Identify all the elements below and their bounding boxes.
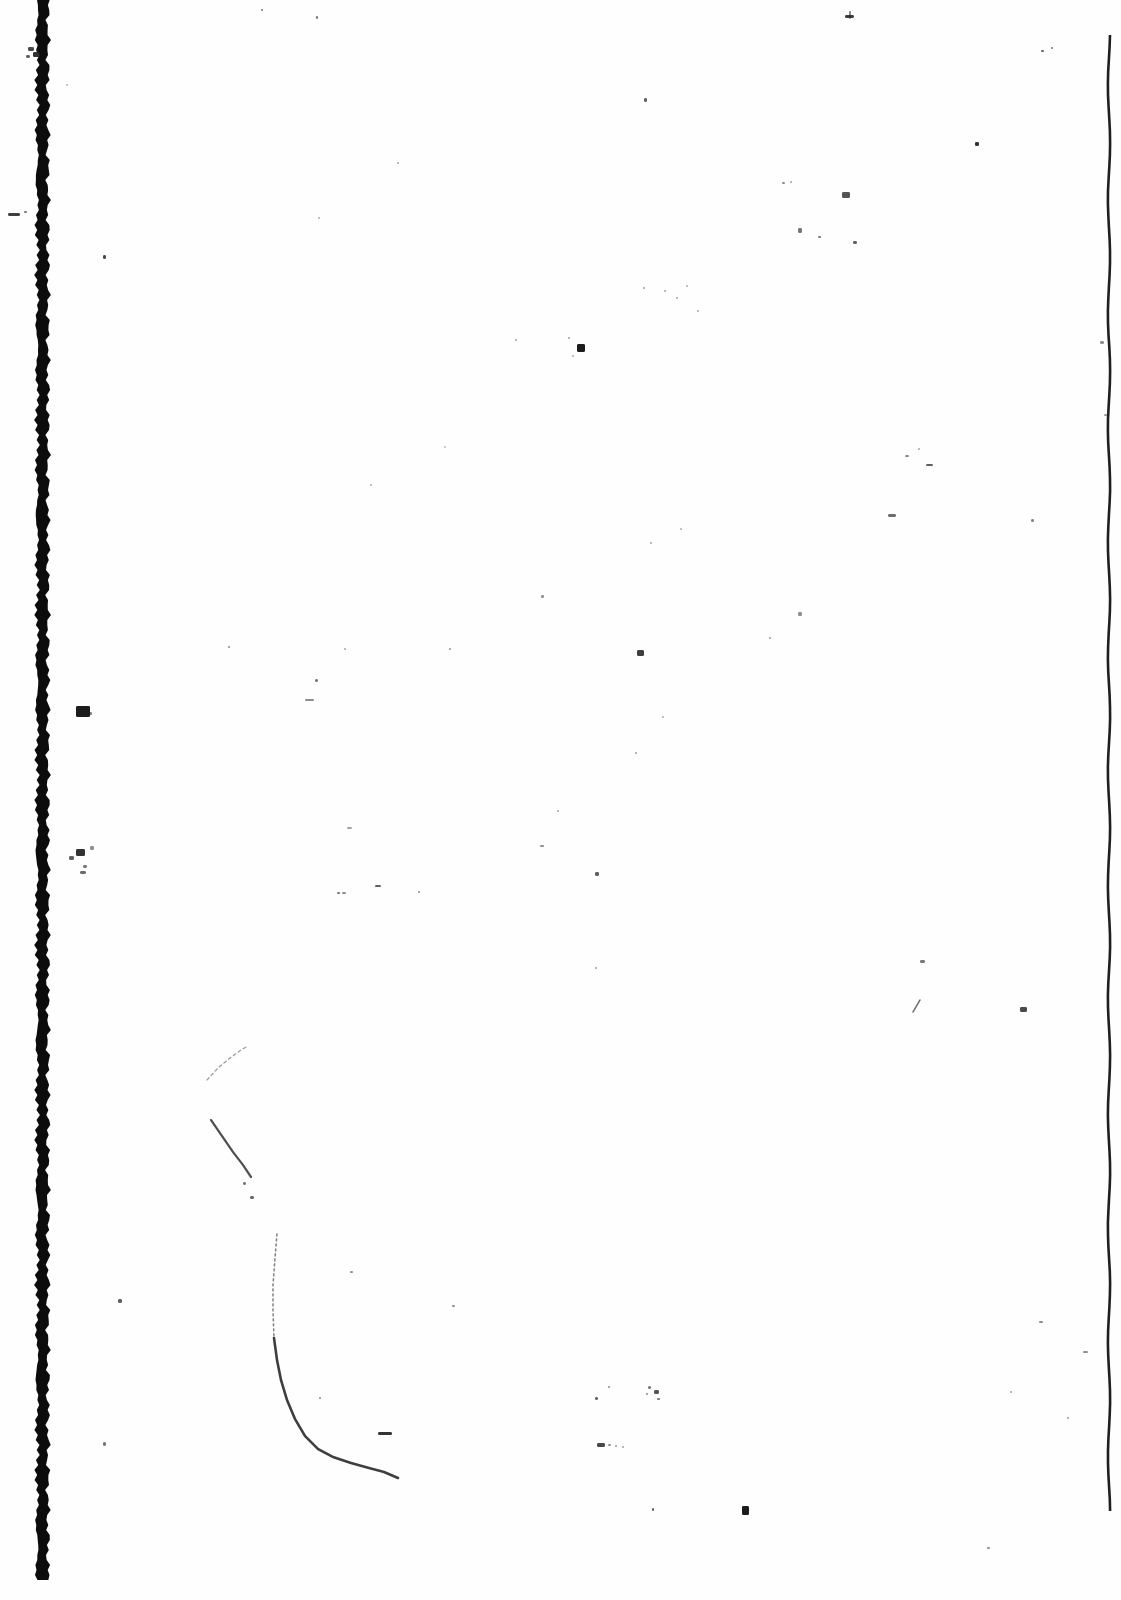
ink-speck — [572, 355, 574, 357]
ink-speck — [782, 182, 785, 184]
ink-speck — [305, 699, 314, 701]
ink-speck — [790, 181, 792, 183]
ink-speck — [342, 892, 346, 894]
ink-speck — [24, 211, 27, 213]
ink-speck — [577, 344, 585, 352]
ink-speck — [637, 650, 644, 656]
ink-speck — [769, 637, 771, 639]
ink-speck — [657, 1398, 660, 1400]
ink-speck — [742, 1506, 749, 1515]
ink-speck — [418, 891, 420, 893]
ink-speck — [1031, 519, 1034, 522]
ink-speck — [557, 810, 559, 812]
pencil-long-curve-lower — [274, 1338, 398, 1478]
ink-speck — [686, 285, 688, 287]
ink-speck — [975, 142, 979, 146]
ink-speck — [1041, 50, 1044, 52]
ink-speck — [654, 1390, 659, 1394]
ink-speck — [452, 1305, 455, 1307]
ink-speck — [316, 16, 318, 19]
ink-speck — [622, 1446, 624, 1448]
ink-speck — [378, 1432, 392, 1435]
ink-speck — [69, 856, 74, 860]
ink-speck — [1051, 47, 1053, 49]
ink-speck — [888, 514, 896, 517]
ink-speck — [1100, 341, 1104, 344]
ink-speck — [243, 1182, 246, 1185]
ink-speck — [597, 1443, 605, 1447]
slash-flick-mark — [913, 1000, 920, 1012]
ink-speck — [849, 11, 851, 19]
ink-speck — [905, 455, 909, 457]
ink-speck — [318, 217, 320, 219]
pencil-diagonal-stroke — [211, 1120, 251, 1177]
ink-speck — [595, 1397, 598, 1400]
ink-speck — [250, 1196, 254, 1199]
scanned-page — [0, 0, 1121, 1600]
ink-speck — [680, 528, 682, 530]
ink-speck — [608, 1386, 610, 1388]
ink-speck — [541, 595, 544, 598]
ink-speck — [652, 1508, 654, 1511]
ink-speck — [103, 255, 106, 259]
ink-speck — [76, 849, 85, 856]
ink-speck — [228, 646, 230, 648]
ink-speck — [615, 1445, 617, 1447]
ink-speck — [1083, 1351, 1088, 1353]
ink-speck — [397, 162, 399, 164]
page-edge-line — [1108, 35, 1110, 1511]
ink-speck — [595, 872, 599, 876]
ink-speck — [987, 1547, 990, 1549]
ink-speck — [926, 464, 933, 466]
ink-speck — [646, 1393, 648, 1395]
ink-speck — [515, 339, 517, 341]
ink-speck — [337, 892, 340, 894]
ink-speck — [798, 228, 802, 233]
ink-speck — [315, 679, 318, 682]
ink-speck — [1039, 1321, 1043, 1323]
ink-speck — [444, 446, 446, 448]
pencil-arc-upper — [207, 1046, 248, 1080]
ink-speck — [449, 648, 451, 650]
ink-speck — [350, 1271, 353, 1273]
ink-speck — [648, 1386, 651, 1389]
ink-speck — [1104, 414, 1107, 416]
ink-speck — [28, 47, 34, 51]
ink-speck — [80, 871, 86, 874]
ink-speck — [595, 967, 597, 969]
ink-speck — [842, 192, 850, 198]
ink-speck — [8, 213, 20, 216]
ink-speck — [920, 960, 925, 963]
ink-speck — [36, 49, 39, 52]
ink-speck — [798, 612, 802, 616]
ink-speck — [344, 648, 346, 650]
ink-speck — [853, 241, 857, 244]
ink-speck — [76, 706, 90, 717]
ink-speck — [26, 55, 30, 58]
ink-speck — [1067, 1417, 1069, 1419]
ink-speck — [697, 310, 699, 312]
ink-speck — [818, 236, 821, 238]
ink-speck — [90, 846, 94, 850]
ink-speck — [650, 542, 652, 544]
ink-speck — [918, 448, 920, 450]
ink-speck — [676, 297, 678, 299]
ink-speck — [635, 752, 637, 754]
pencil-long-curve-upper — [273, 1234, 277, 1338]
ink-speck — [347, 827, 352, 829]
ink-speck — [33, 52, 40, 57]
ink-speck — [644, 98, 647, 102]
ink-speck — [375, 885, 381, 887]
ink-speck — [662, 716, 664, 718]
scan-marks-layer — [0, 0, 1121, 1600]
ink-speck — [66, 84, 68, 86]
ink-speck — [261, 9, 263, 11]
ink-speck — [1020, 1007, 1027, 1012]
binding-shadow-bar — [34, 0, 51, 1580]
ink-speck — [540, 845, 544, 847]
ink-speck — [370, 484, 372, 486]
ink-speck — [643, 287, 645, 289]
ink-speck — [1010, 1391, 1012, 1393]
ink-speck — [88, 712, 92, 715]
ink-speck — [118, 1299, 122, 1303]
ink-speck — [83, 865, 87, 868]
ink-speck — [664, 290, 666, 292]
ink-speck — [319, 1397, 321, 1399]
ink-speck — [608, 1444, 611, 1446]
ink-speck — [103, 1442, 106, 1446]
ink-speck — [568, 337, 570, 339]
